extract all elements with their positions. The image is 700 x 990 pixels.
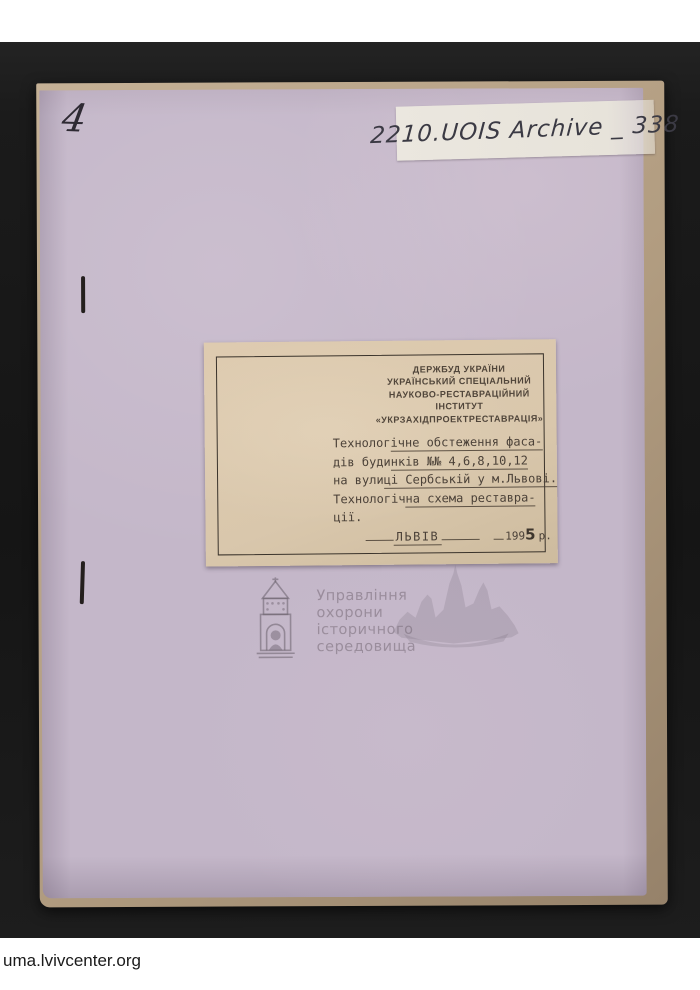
year-handwritten-digit: 5 [525,525,536,543]
booklet-cover: 4 2210.UOIS Archive _ 338 ДЕРЖБУД УКРАЇН… [36,81,668,908]
blank-underline [366,528,394,541]
site-url-watermark: uma.lvivcenter.org [3,951,141,971]
title-text: дів буди [333,454,391,469]
title-text-underlined: на схема реставра- [405,490,535,507]
org-line: «УКРЗАХІДПРОЕКТРЕСТАВРАЦІЯ» [352,412,566,426]
city-name: ЛЬВІВ [394,529,442,545]
title-text-underlined: нків №№ 4,6,8,10,12 [391,453,528,470]
stamp-cityscape-icon [393,561,518,652]
year-typed-part: 199 [505,529,525,542]
title-line: на вулиці Сербській у м.Львові. [333,469,557,490]
scan-background: 4 2210.UOIS Archive _ 338 ДЕРЖБУД УКРАЇН… [0,42,700,938]
organization-block: ДЕРЖБУД УКРАЇНИ УКРАЇНСЬКИЙ СПЕЦІАЛЬНИЙ … [352,362,567,426]
blank-underline [493,527,503,540]
title-text: Технолог [333,436,391,451]
title-text: Технологіч [333,491,405,506]
title-text: на вули [333,473,384,487]
title-text-underlined: ці Сербській у м.Львові. [384,471,558,489]
archive-code-sticker: 2210.UOIS Archive _ 338 [396,100,655,161]
title-text: ції. [333,510,362,524]
archive-code-text: 2210.UOIS Archive _ 338 [370,111,681,149]
title-line: ції. [333,507,557,528]
stamp-tower-icon [252,576,298,660]
scanned-document-page: 4 2210.UOIS Archive _ 338 ДЕРЖБУД УКРАЇН… [0,0,700,990]
title-line: дів будинків №№ 4,6,8,10,12 [333,451,557,472]
document-title: Технологічне обстеження фаса- дів будинк… [333,432,558,527]
title-line: Технологічна схема реставра- [333,488,557,509]
blank-underline [441,527,479,540]
place-and-year-line: ЛЬВІВ 199 5 р. [366,525,552,546]
year-suffix: р. [538,529,551,542]
title-text-underlined: ічне обстеження фаса- [390,434,542,451]
binding-mark [81,276,85,313]
title-line: Технологічне обстеження фаса- [333,432,557,453]
title-card: ДЕРЖБУД УКРАЇНИ УКРАЇНСЬКИЙ СПЕЦІАЛЬНИЙ … [204,339,558,566]
